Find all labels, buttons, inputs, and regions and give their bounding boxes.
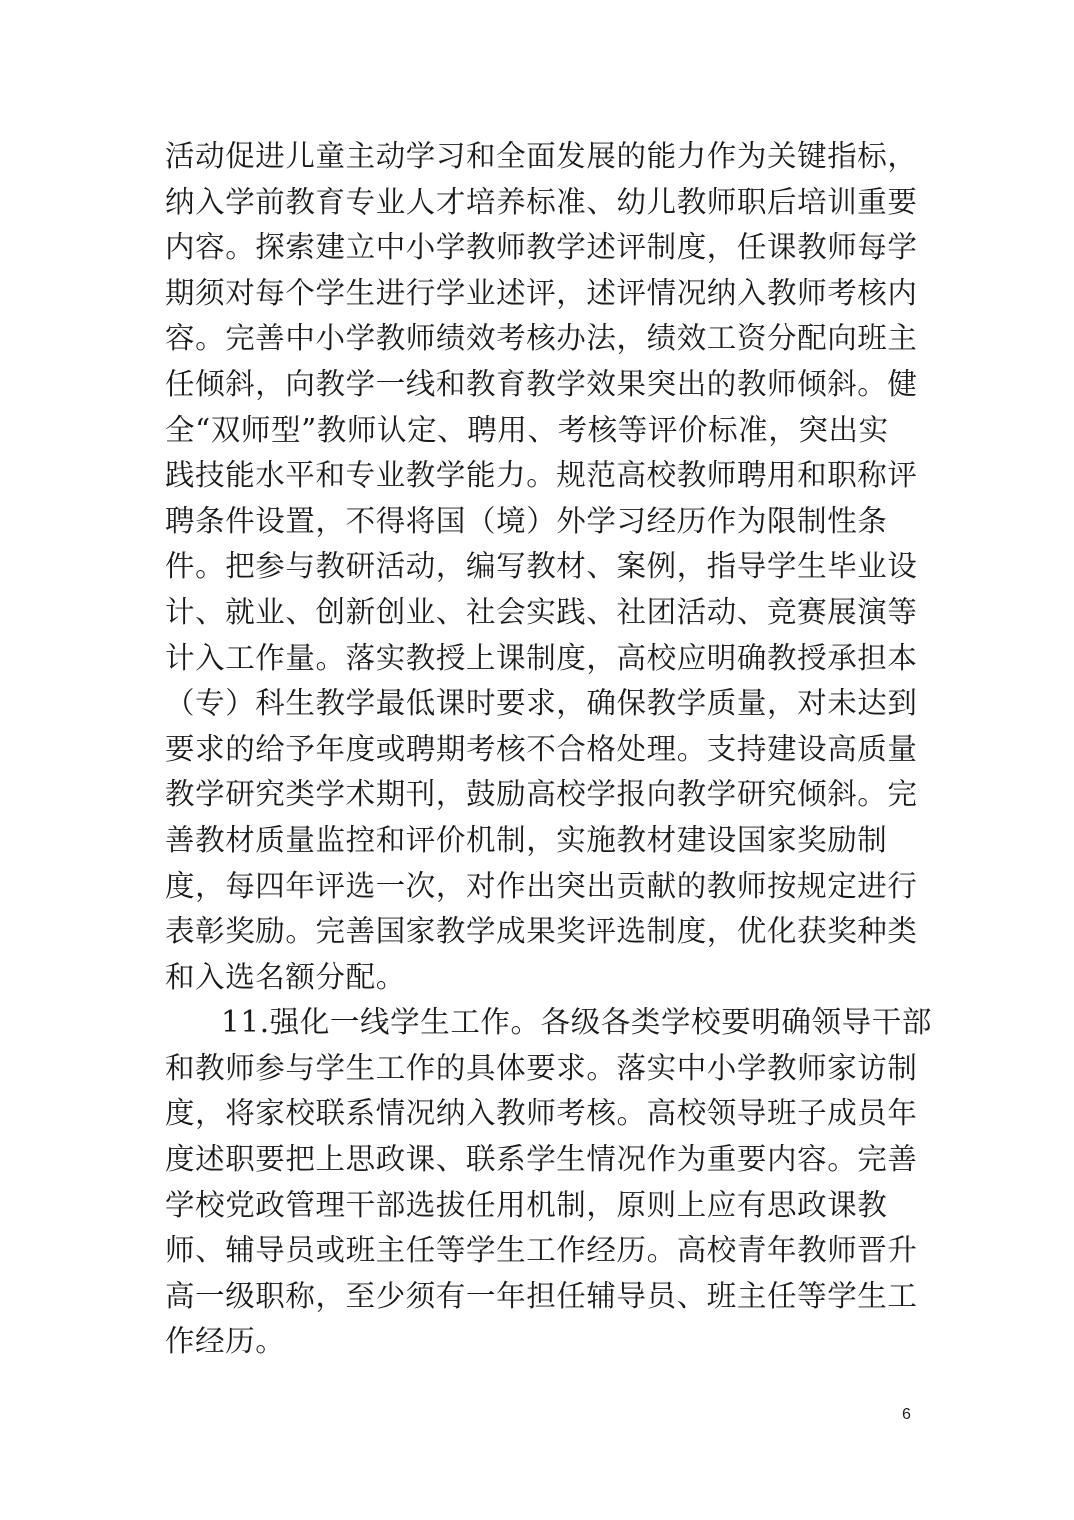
text-line: 容。完善中小学教师绩效考核办法，绩效工资分配向班主 [165,316,895,362]
text-line: 师、辅导员或班主任等学生工作经历。高校青年教师晋升 [165,1228,895,1274]
text-line: 度，每四年评选一次，对作出突出贡献的教师按规定进行 [165,864,895,910]
text-line: 聘条件设置，不得将国（境）外学习经历作为限制性条 [165,499,895,545]
text-line: 教学研究类学术期刊，鼓励高校学报向教学研究倾斜。完 [165,772,895,818]
text-line: 和教师参与学生工作的具体要求。落实中小学教师家访制 [165,1046,895,1092]
text-line: 计、就业、创新创业、社会实践、社团活动、竞赛展演等 [165,590,895,636]
text-line: 和入选名额分配。 [165,955,895,1001]
section-heading-line: 11.强化一线学生工作。各级各类学校要明确领导干部 [165,1000,895,1046]
text-line: 善教材质量监控和评价机制，实施教材建设国家奖励制 [165,818,895,864]
document-page: 活动促进儿童主动学习和全面发展的能力作为关键指标， 纳入学前教育专业人才培养标准… [0,0,1074,1520]
text-line: 度，将家校联系情况纳入教师考核。高校领导班子成员年 [165,1091,895,1137]
text-line: 任倾斜，向教学一线和教育教学效果突出的教师倾斜。健 [165,362,895,408]
text-line: 学校党政管理干部选拔任用机制，原则上应有思政课教 [165,1183,895,1229]
text-line: 计入工作量。落实教授上课制度，高校应明确教授承担本 [165,636,895,682]
text-line: 表彰奖励。完善国家教学成果奖评选制度，优化获奖种类 [165,909,895,955]
text-line: 要求的给予年度或聘期考核不合格处理。支持建设高质量 [165,727,895,773]
text-line: 期须对每个学生进行学业述评，述评情况纳入教师考核内 [165,271,895,317]
text-line: 践技能水平和专业教学能力。规范高校教师聘用和职称评 [165,453,895,499]
text-line: 件。把参与教研活动，编写教材、案例，指导学生毕业设 [165,544,895,590]
text-line: 内容。探索建立中小学教师教学述评制度，任课教师每学 [165,225,895,271]
body-text: 活动促进儿童主动学习和全面发展的能力作为关键指标， 纳入学前教育专业人才培养标准… [165,134,895,1365]
text-line: 活动促进儿童主动学习和全面发展的能力作为关键指标， [165,134,895,180]
text-line: 高一级职称，至少须有一年担任辅导员、班主任等学生工 [165,1274,895,1320]
text-line: 全“双师型”教师认定、聘用、考核等评价标准，突出实 [165,408,895,454]
text-line: （专）科生教学最低课时要求，确保教学质量，对未达到 [165,681,895,727]
text-line: 纳入学前教育专业人才培养标准、幼儿教师职后培训重要 [165,180,895,226]
text-line: 作经历。 [165,1319,895,1365]
page-number: 6 [902,1406,911,1424]
text-line: 度述职要把上思政课、联系学生情况作为重要内容。完善 [165,1137,895,1183]
